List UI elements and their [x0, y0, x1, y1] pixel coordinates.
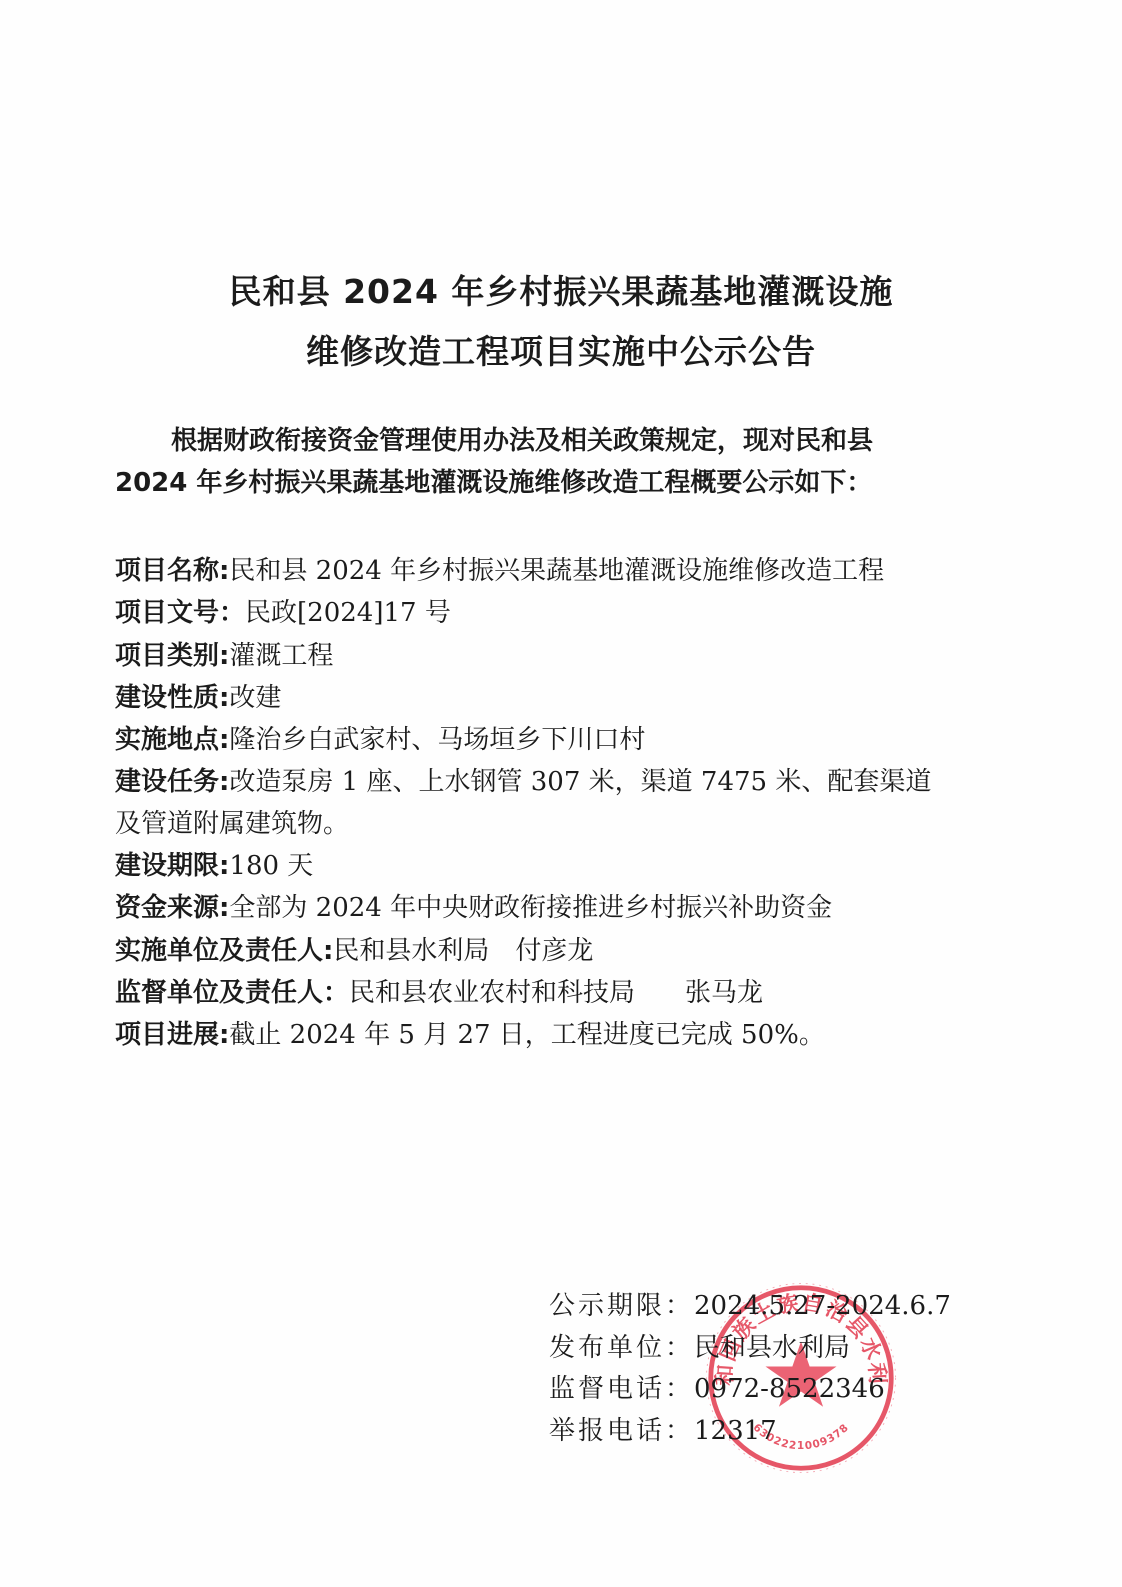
field-label: 建设性质:: [115, 683, 229, 713]
intro-line-2: 2024 年乡村振兴果蔬基地灌溉设施维修改造工程概要公示如下：: [115, 462, 995, 504]
field-project-category: 项目类别:灌溉工程: [115, 635, 995, 677]
document-title-line-2: 维修改造工程项目实施中公示公告: [0, 332, 1122, 372]
field-location: 实施地点:隆治乡白武家村、马场垣乡下川口村: [115, 719, 995, 761]
field-project-name: 项目名称:民和县 2024 年乡村振兴果蔬基地灌溉设施维修改造工程: [115, 550, 995, 592]
field-label: 实施单位及责任人:: [115, 936, 333, 966]
field-value: 灌溉工程: [229, 641, 333, 671]
field-label: 监督单位及责任人：: [115, 978, 349, 1008]
field-construction-tasks: 建设任务:改造泵房 1 座、上水钢管 307 米，渠道 7475 米、配套渠道 …: [115, 761, 995, 845]
field-value: 隆治乡白武家村、马场垣乡下川口村: [229, 725, 645, 755]
document-title-line-1: 民和县 2024 年乡村振兴果蔬基地灌溉设施: [0, 272, 1122, 312]
responsible-person: 张马龙: [685, 978, 763, 1008]
field-label: 实施地点:: [115, 725, 229, 755]
intro-line-1: 根据财政衔接资金管理使用办法及相关政策规定，现对民和县: [115, 420, 995, 462]
field-value: 民和县 2024 年乡村振兴果蔬基地灌溉设施维修改造工程: [229, 556, 884, 586]
field-project-doc-number: 项目文号：民政[2024]17 号: [115, 592, 995, 634]
field-funding-source: 资金来源:全部为 2024 年中央财政衔接推进乡村振兴补助资金: [115, 887, 995, 929]
field-implementing-unit: 实施单位及责任人:民和县水利局付彦龙: [115, 930, 995, 972]
field-value: 民政[2024]17 号: [245, 598, 451, 628]
footer-label: 举报电话：: [549, 1416, 694, 1446]
field-label: 项目名称:: [115, 556, 229, 586]
field-label: 建设任务:: [115, 767, 229, 797]
field-label: 建设期限:: [115, 851, 229, 881]
field-value: 民和县水利局: [333, 936, 489, 966]
project-fields: 项目名称:民和县 2024 年乡村振兴果蔬基地灌溉设施维修改造工程 项目文号：民…: [115, 550, 995, 1057]
publishing-unit: 发布单位：民和县水利局: [549, 1328, 951, 1370]
field-label: 项目进展:: [115, 1020, 229, 1050]
field-value: 改造泵房 1 座、上水钢管 307 米，渠道 7475 米、配套渠道: [229, 767, 931, 797]
intro-paragraph: 根据财政衔接资金管理使用办法及相关政策规定，现对民和县 2024 年乡村振兴果蔬…: [115, 420, 995, 504]
field-label: 项目文号：: [115, 598, 245, 628]
document-page: 民和县 2024 年乡村振兴果蔬基地灌溉设施 维修改造工程项目实施中公示公告 根…: [0, 0, 1122, 1587]
field-value: 民和县农业农村和科技局: [349, 978, 635, 1008]
field-value: 180 天: [229, 851, 313, 881]
report-phone: 举报电话：12317: [549, 1411, 951, 1453]
field-construction-period: 建设期限:180 天: [115, 845, 995, 887]
footer-value: 2024.5.27-2024.6.7: [694, 1291, 951, 1321]
footer-label: 监督电话：: [549, 1374, 694, 1404]
field-construction-nature: 建设性质:改建: [115, 677, 995, 719]
field-value-continuation: 及管道附属建筑物。: [115, 804, 995, 845]
responsible-person: 付彦龙: [515, 936, 593, 966]
footer-value: 12317: [694, 1416, 777, 1446]
footer-label: 公示期限：: [549, 1291, 694, 1321]
field-supervising-unit: 监督单位及责任人：民和县农业农村和科技局张马龙: [115, 972, 995, 1014]
footer-value: 民和县水利局: [694, 1333, 850, 1363]
field-value: 改建: [229, 683, 281, 713]
field-label: 项目类别:: [115, 641, 229, 671]
field-label: 资金来源:: [115, 893, 229, 923]
field-value: 全部为 2024 年中央财政衔接推进乡村振兴补助资金: [229, 893, 832, 923]
footer-value: 0972-8522346: [694, 1374, 885, 1404]
footer-label: 发布单位：: [549, 1333, 694, 1363]
field-project-progress: 项目进展:截止 2024 年 5 月 27 日，工程进度已完成 50%。: [115, 1014, 995, 1056]
publication-info: 公示期限：2024.5.27-2024.6.7 发布单位：民和县水利局 监督电话…: [549, 1286, 951, 1453]
publication-period: 公示期限：2024.5.27-2024.6.7: [549, 1286, 951, 1328]
field-value: 截止 2024 年 5 月 27 日，工程进度已完成 50%。: [229, 1020, 824, 1050]
supervision-phone: 监督电话：0972-8522346: [549, 1369, 951, 1411]
